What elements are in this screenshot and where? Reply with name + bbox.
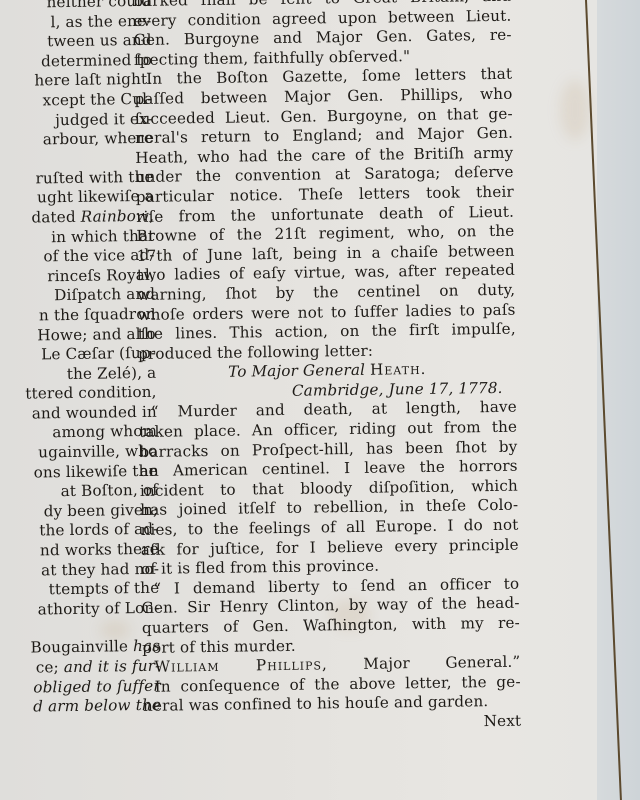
paragraph-boston-gazette: In the Boſton Gazette, ſome letters that… bbox=[134, 65, 516, 364]
signature-title: Major General.” bbox=[328, 653, 521, 674]
paragraph-gap bbox=[3, 618, 160, 639]
text-line: ons likewiſe the bbox=[1, 461, 158, 483]
text-line: Diſpatch and bbox=[0, 285, 155, 307]
text-fragment: Bougainville bbox=[30, 638, 133, 657]
text-line: l, as the ene- bbox=[0, 11, 152, 33]
right-column: barked ſhall be ſent to Great Britain, a… bbox=[133, 0, 521, 736]
paragraph-gap bbox=[0, 149, 153, 170]
text-line: in which that bbox=[0, 226, 155, 248]
text-line: and wounded in bbox=[0, 403, 157, 425]
text-line: ruſted with the bbox=[0, 168, 154, 190]
newspaper-photo: neither could l, as the ene- tween us an… bbox=[0, 0, 640, 800]
text-line: ce; and it is fur- bbox=[3, 657, 160, 679]
text-line: n the ſquadron bbox=[0, 305, 156, 327]
text-line: dated Rainbow, bbox=[0, 207, 154, 229]
text-line: rinceſs Royal, bbox=[0, 266, 155, 288]
salutation-text: To Major General bbox=[228, 361, 370, 381]
paragraph-consequence: In conſequence of the above letter, the … bbox=[143, 672, 522, 716]
text-line: obliged to ſuffer bbox=[4, 676, 161, 698]
text-line: of the vice ad- bbox=[0, 246, 155, 268]
text-line: Bougainville has bbox=[3, 637, 160, 659]
text-line: athority of Lon- bbox=[2, 599, 159, 621]
paragraph-convention-terms: barked ſhall be ſent to Great Britain, a… bbox=[133, 0, 512, 70]
text-line: at they had no- bbox=[2, 559, 159, 581]
text-line: determined to bbox=[0, 51, 152, 73]
text-line: here laſt night. bbox=[0, 70, 152, 92]
letter-paragraph-demand: “ I demand liberty to ſend an officer to… bbox=[141, 574, 520, 658]
signature-name: William Phillips, bbox=[154, 656, 328, 676]
text-line: Howe; and alſo bbox=[0, 324, 156, 346]
text-line: the Zelé), a bbox=[0, 363, 156, 385]
text-line: among whom bbox=[0, 422, 157, 444]
text-fragment-italic: d bbox=[33, 698, 48, 716]
text-line: Le Cæſar (ſup- bbox=[0, 344, 156, 366]
text-line: nd works there bbox=[2, 540, 159, 562]
text-line: d arm below the bbox=[4, 696, 161, 718]
text-fragment: ce; bbox=[36, 658, 64, 676]
text-line: at Boſton, of bbox=[1, 481, 158, 503]
text-line: ttered condition, bbox=[0, 383, 157, 405]
text-line: judged it ex- bbox=[0, 109, 153, 131]
salutation-name: Heath. bbox=[370, 360, 427, 379]
text-line: ught likewiſe a bbox=[0, 187, 154, 209]
letter-paragraph-murder: “ Murder and death, at length, have take… bbox=[139, 398, 519, 580]
text-line: ugainville, who bbox=[0, 442, 157, 464]
text-line: ttempts of the bbox=[2, 579, 159, 601]
text-line: xcept the Cul- bbox=[0, 90, 153, 112]
text-line: tween us and bbox=[0, 31, 152, 53]
paper-stain bbox=[560, 80, 590, 140]
text-fragment: dated bbox=[31, 208, 81, 227]
text-line: arbour, where bbox=[0, 129, 153, 151]
text-line: the lords of ad- bbox=[1, 520, 158, 542]
text-line: dy been given; bbox=[1, 501, 158, 523]
